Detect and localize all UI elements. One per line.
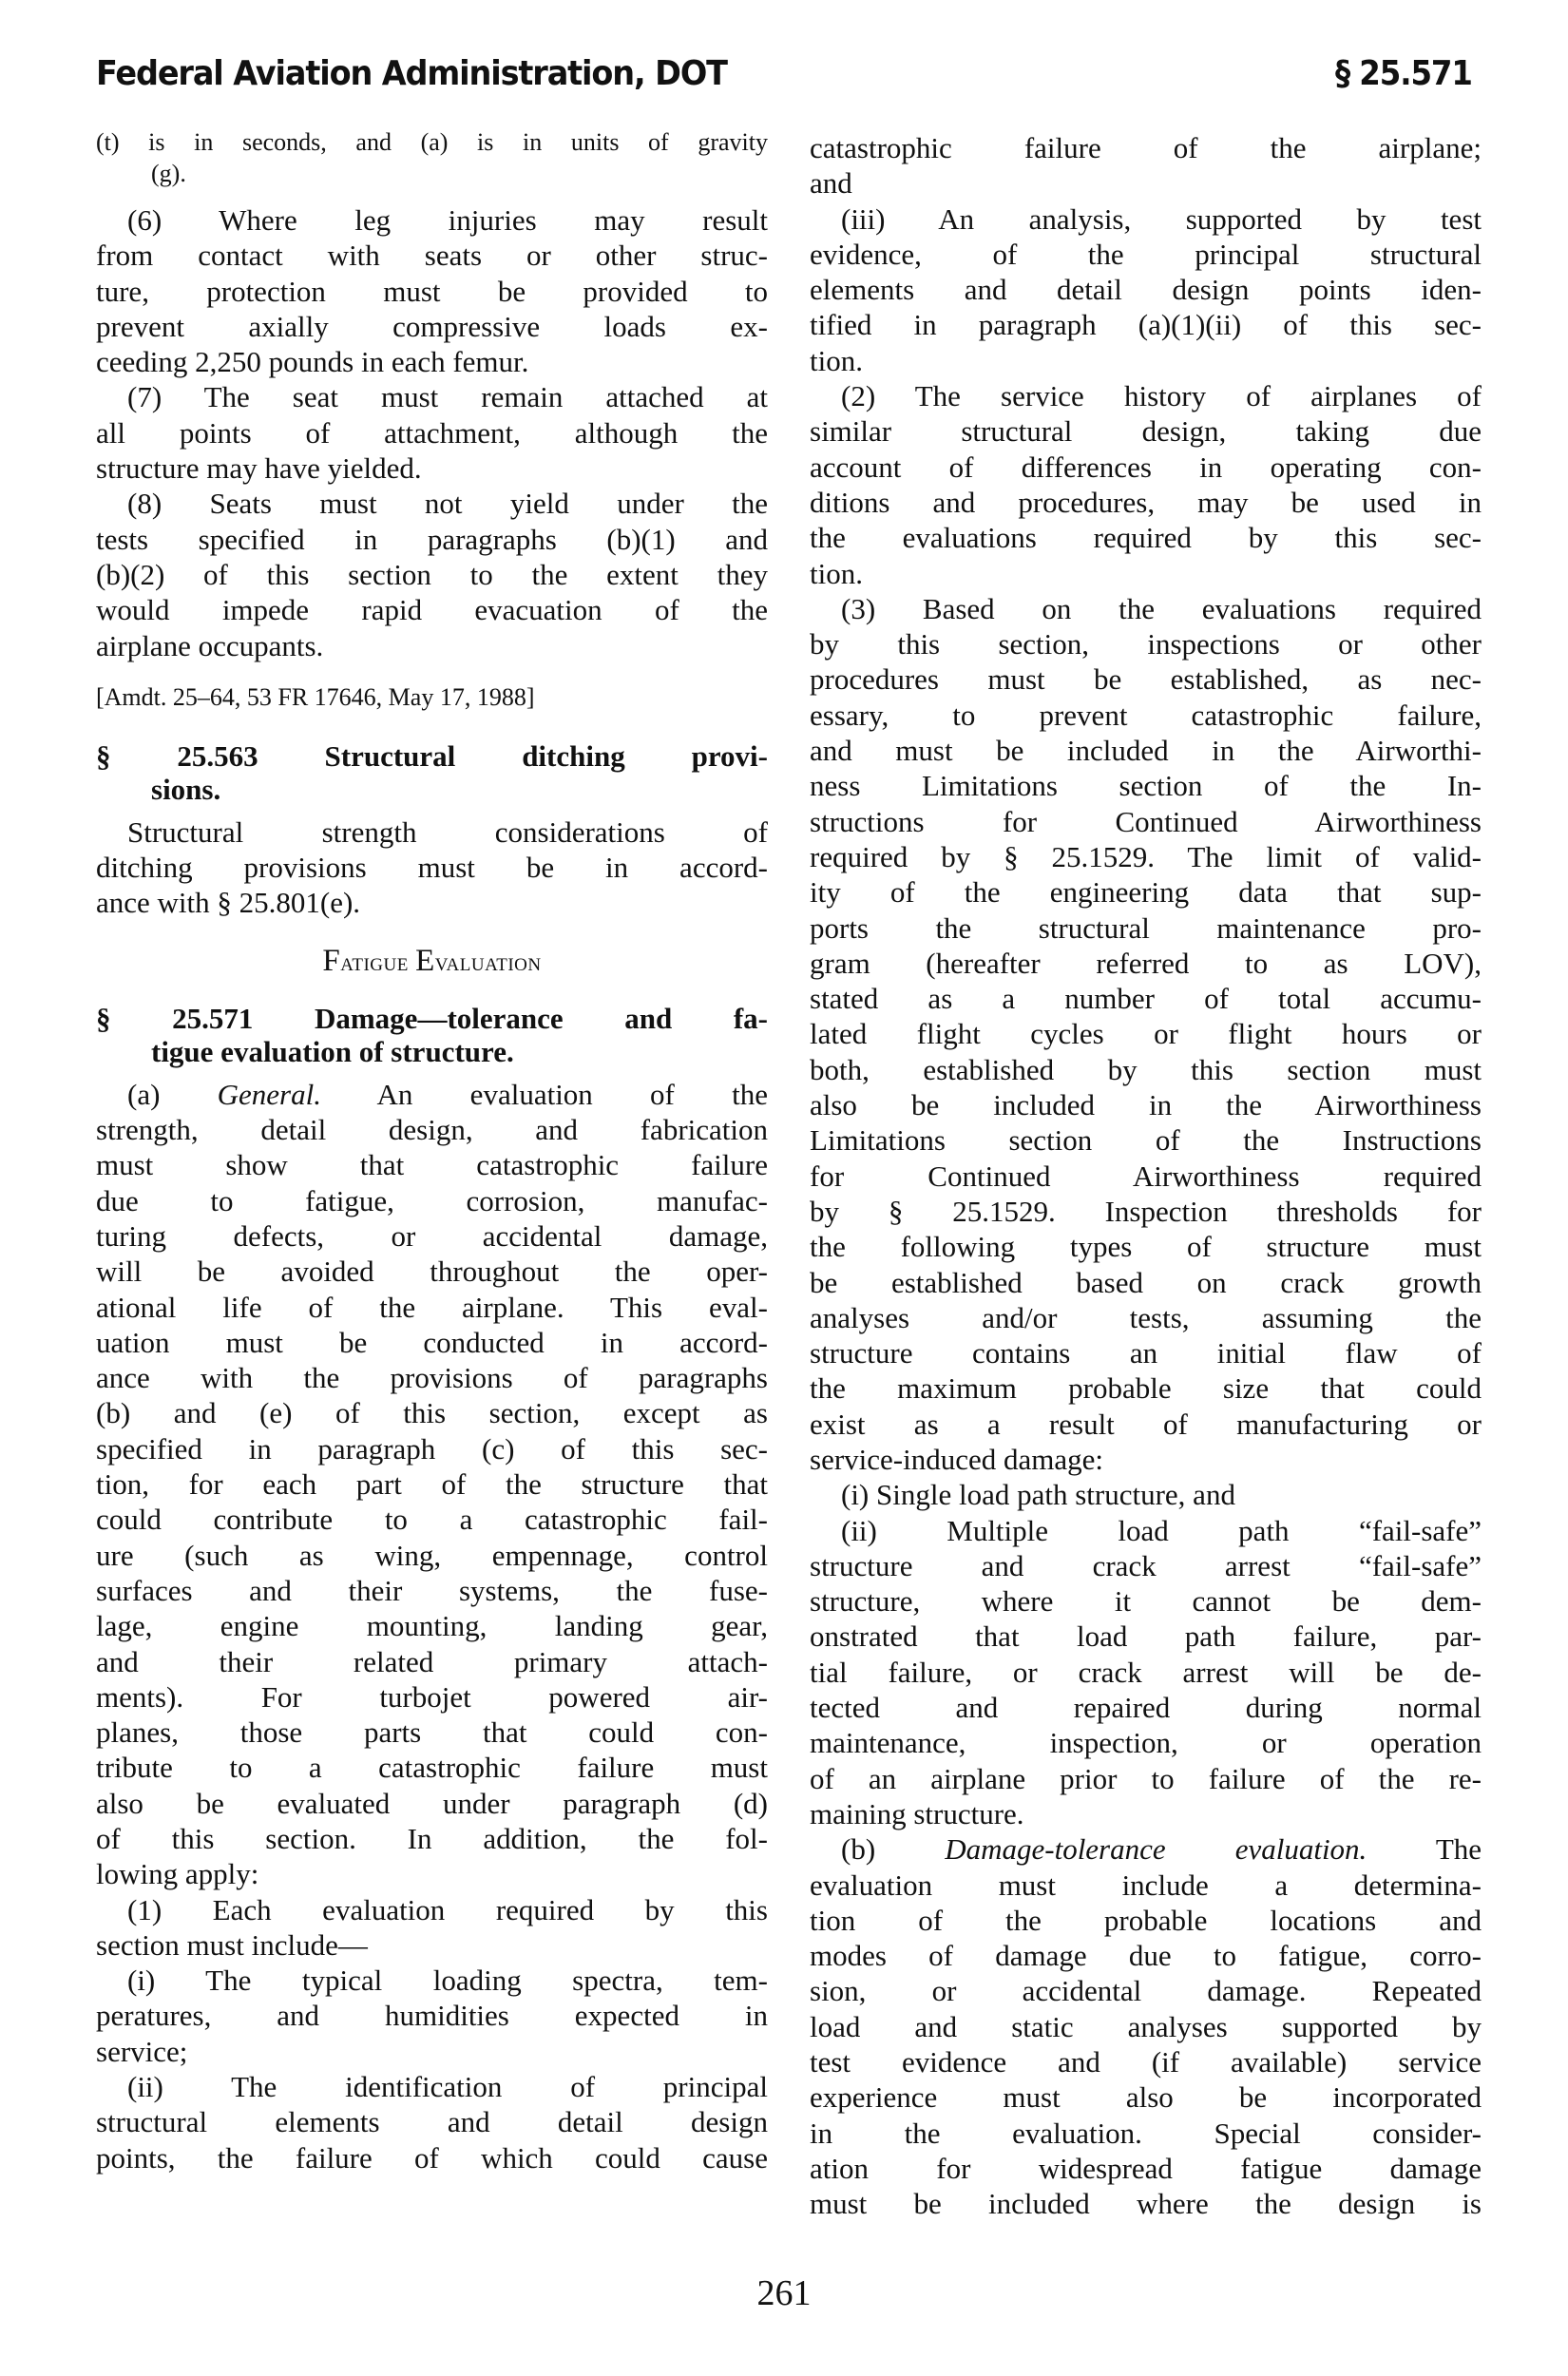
text-line: uation must be conducted in accord-: [96, 1325, 768, 1360]
heading-initial: E: [415, 944, 435, 978]
text-line: will be avoided throughout the oper-: [96, 1254, 768, 1289]
text-line: (b)(2) of this section to the extent the…: [96, 557, 768, 592]
text-line: (g).: [96, 158, 768, 189]
text-line: ceeding 2,250 pounds in each femur.: [96, 344, 768, 379]
text-line: from contact with seats or other struc-: [96, 238, 768, 273]
text-line: must show that catastrophic failure: [96, 1147, 768, 1182]
text-line: the maximum probable size that could: [810, 1370, 1482, 1406]
text-line: of this section. In addition, the fol-: [96, 1821, 768, 1856]
text-line: Structural strength considerations of: [96, 814, 768, 850]
text-line: service;: [96, 2034, 768, 2069]
section-number: § 25.571: [1335, 53, 1472, 95]
text-line: analyses and/or tests, assuming the: [810, 1300, 1482, 1335]
text-line: due to fatigue, corrosion, manufac-: [96, 1183, 768, 1218]
text-line: airplane occupants.: [96, 628, 768, 663]
text-line: maintenance, inspection, or operation: [810, 1725, 1482, 1760]
text-line: for Continued Airworthiness required: [810, 1159, 1482, 1194]
text-line: turing defects, or accidental damage,: [96, 1218, 768, 1254]
text-line: peratures, and humidities expected in: [96, 1998, 768, 2033]
text-line: ture, protection must be provided to: [96, 274, 768, 309]
text-line: (ii) Multiple load path “fail-safe”: [810, 1513, 1482, 1548]
text-line: the following types of structure must: [810, 1229, 1482, 1264]
text-line: (6) Where leg injuries may result: [96, 202, 768, 238]
text-line: structure contains an initial flaw of: [810, 1335, 1482, 1370]
text-line: of an airplane prior to failure of the r…: [810, 1761, 1482, 1796]
text-line: sions.: [96, 772, 768, 805]
text-line: § 25.571 Damage—tolerance and fa-: [96, 1001, 768, 1034]
text-line: exist as a result of manufacturing or: [810, 1407, 1482, 1442]
text-line: lage, engine mounting, landing gear,: [96, 1608, 768, 1643]
text-line: (a) General. An evaluation of the: [96, 1077, 768, 1112]
text-line: by § 25.1529. Inspection thresholds for: [810, 1194, 1482, 1229]
text-line: surfaces and their systems, the fuse-: [96, 1573, 768, 1608]
text-line: (8) Seats must not yield under the: [96, 486, 768, 521]
text-line: ure (such as wing, empennage, control: [96, 1538, 768, 1573]
text-line: Limitations section of the Instructions: [810, 1122, 1482, 1158]
text-line: essary, to prevent catastrophic failure,: [810, 698, 1482, 733]
text-line: evaluation must include a determina-: [810, 1868, 1482, 1903]
text-line: ports the structural maintenance pro-: [810, 910, 1482, 946]
text-line: load and static analyses supported by: [810, 2009, 1482, 2044]
text-line: tests specified in paragraphs (b)(1) and: [96, 522, 768, 557]
text-line: similar structural design, taking due: [810, 413, 1482, 449]
text-line: ness Limitations section of the In-: [810, 768, 1482, 803]
paragraph-title: General.: [218, 1078, 321, 1111]
text-line: ditions and procedures, may be used in: [810, 485, 1482, 520]
text-line: ity of the engineering data that sup-: [810, 874, 1482, 910]
text-line: ance with § 25.801(e).: [96, 885, 768, 920]
text-line: points, the failure of which could cause: [96, 2140, 768, 2175]
paragraph-6: (6) Where leg injuries may resultfrom co…: [96, 202, 768, 379]
text-line: lated flight cycles or flight hours or: [810, 1016, 1482, 1051]
paragraph-a3-i: (i) Single load path structure, and: [810, 1477, 1482, 1512]
text-line: also be evaluated under paragraph (d): [96, 1786, 768, 1821]
text-line: stated as a number of total accumu-: [810, 981, 1482, 1016]
paragraph-b-damage-tolerance: (b) Damage-tolerance evaluation. The eva…: [810, 1831, 1482, 2221]
text-line: elements and detail design points iden-: [810, 272, 1482, 307]
heading-initial: F: [322, 944, 340, 978]
text-fragment: The: [1436, 1832, 1482, 1866]
right-column: catastrophic failure of the airplane;and…: [810, 130, 1482, 2222]
amendment-citation: [Amdt. 25–64, 53 FR 17646, May 17, 1988]: [96, 680, 768, 718]
text-line: maining structure.: [810, 1796, 1482, 1831]
text-line: could contribute to a catastrophic fail-: [96, 1502, 768, 1537]
text-line: tial failure, or crack arrest will be de…: [810, 1655, 1482, 1690]
text-line: test evidence and (if available) service: [810, 2044, 1482, 2079]
text-line: required by § 25.1529. The limit of vali…: [810, 839, 1482, 874]
text-line: gram (hereafter referred to as LOV),: [810, 946, 1482, 981]
text-line: structure and crack arrest “fail-safe”: [810, 1548, 1482, 1583]
text-line: service-induced damage:: [810, 1442, 1482, 1477]
section-heading-25-571: § 25.571 Damage—tolerance and fa-tigue e…: [96, 1001, 768, 1067]
text-line: (i) The typical loading spectra, tem-: [96, 1963, 768, 1998]
text-line: must be included where the design is: [810, 2186, 1482, 2221]
text-line: modes of damage due to fatigue, corro-: [810, 1938, 1482, 1973]
text-line: tected and repaired during normal: [810, 1690, 1482, 1725]
paragraph-a-lines: strength, detail design, and fabrication…: [96, 1112, 768, 1892]
spacer: [96, 189, 768, 202]
paragraph-label: (a): [127, 1078, 160, 1111]
text-line: be established based on crack growth: [810, 1265, 1482, 1300]
text-line: strength, detail design, and fabrication: [96, 1112, 768, 1147]
text-line: tribute to a catastrophic failure must: [96, 1750, 768, 1785]
text-line: (i) Single load path structure, and: [810, 1477, 1482, 1512]
text-line: ditching provisions must be in accord-: [96, 850, 768, 885]
text-line: all points of attachment, although the: [96, 415, 768, 450]
intro-note: (t) is in seconds, and (a) is in units o…: [96, 126, 768, 189]
text-line: (ii) The identification of principal: [96, 2069, 768, 2104]
section-heading-25-563: § 25.563 Structural ditching provi-sions…: [96, 738, 768, 805]
text-line: section must include—: [96, 1927, 768, 1963]
paragraph-8: (8) Seats must not yield under thetests …: [96, 486, 768, 662]
text-line: evidence, of the principal structural: [810, 237, 1482, 272]
text-line: procedures must be established, as nec-: [810, 661, 1482, 697]
text-line: also be included in the Airworthiness: [810, 1087, 1482, 1122]
paragraph-label: (b): [841, 1832, 875, 1866]
paragraph-title: Damage-tolerance evaluation.: [945, 1832, 1367, 1866]
page-number: 261: [0, 2274, 1568, 2312]
subpart-heading-fatigue-evaluation: Fatigue Evaluation: [96, 942, 768, 980]
text-line: structions for Continued Airworthiness: [810, 804, 1482, 839]
text-line: ments). For turbojet powered air-: [96, 1679, 768, 1715]
continuation-text: catastrophic failure of the airplane;and: [810, 130, 1482, 201]
text-line: (2) The service history of airplanes of: [810, 378, 1482, 413]
text-line: ation for widespread fatigue damage: [810, 2151, 1482, 2186]
text-line: tion.: [810, 556, 1482, 591]
text-line: (iii) An analysis, supported by test: [810, 201, 1482, 237]
text-line: structure may have yielded.: [96, 450, 768, 486]
paragraph-a2: (2) The service history of airplanes ofs…: [810, 378, 1482, 591]
paragraph-7: (7) The seat must remain attached atall …: [96, 379, 768, 486]
section-25-563-body: Structural strength considerations ofdit…: [96, 814, 768, 921]
text-line: onstrated that load path failure, par-: [810, 1619, 1482, 1654]
text-line: tion, for each part of the structure tha…: [96, 1466, 768, 1502]
heading-word: valuation: [435, 948, 542, 976]
text-line: and their related primary attach-: [96, 1644, 768, 1679]
text-line: catastrophic failure of the airplane;: [810, 130, 1482, 165]
text-line: would impede rapid evacuation of the: [96, 592, 768, 627]
running-head: Federal Aviation Administration, DOT § 2…: [96, 53, 1472, 95]
heading-word: atigue: [340, 948, 409, 976]
text-line: account of differences in operating con-: [810, 450, 1482, 485]
text-line: structural elements and detail design: [96, 2104, 768, 2139]
paragraph-a1-iii: (iii) An analysis, supported by testevid…: [810, 201, 1482, 378]
paragraph-b-lines: evaluation must include a determina-tion…: [810, 1868, 1482, 2222]
text-line: (1) Each evaluation required by this: [96, 1892, 768, 1927]
paragraph-a3: (3) Based on the evaluations requiredby …: [810, 591, 1482, 1477]
text-line: tion.: [810, 343, 1482, 378]
text-line: and: [810, 165, 1482, 201]
text-line: both, established by this section must: [810, 1052, 1482, 1087]
text-line: § 25.563 Structural ditching provi-: [96, 738, 768, 772]
text-line: ational life of the airplane. This eval-: [96, 1290, 768, 1325]
text-line: in the evaluation. Special consider-: [810, 2116, 1482, 2151]
text-line: (7) The seat must remain attached at: [96, 379, 768, 414]
text-line: (3) Based on the evaluations required: [810, 591, 1482, 626]
text-line: and must be included in the Airworthi-: [810, 733, 1482, 768]
text-line: tified in paragraph (a)(1)(ii) of this s…: [810, 307, 1482, 342]
spacer: [96, 1067, 768, 1077]
text-line: (b) Damage-tolerance evaluation. The: [810, 1831, 1482, 1867]
text-line: by this section, inspections or other: [810, 626, 1482, 661]
text-line: tigue evaluation of structure.: [96, 1034, 768, 1067]
paragraph-a1-ii: (ii) The identification of principalstru…: [96, 2069, 768, 2175]
text-line: specified in paragraph (c) of this sec-: [96, 1431, 768, 1466]
paragraph-a3-ii: (ii) Multiple load path “fail-safe”struc…: [810, 1513, 1482, 1832]
text-line: prevent axially compressive loads ex-: [96, 309, 768, 344]
text-line: structure, where it cannot be dem-: [810, 1583, 1482, 1619]
paragraph-a1-i: (i) The typical loading spectra, tem-per…: [96, 1963, 768, 2069]
text-line: ance with the provisions of paragraphs: [96, 1360, 768, 1395]
paragraph-a1: (1) Each evaluation required by thissect…: [96, 1892, 768, 1964]
text-line: the evaluations required by this sec-: [810, 520, 1482, 555]
text-line: planes, those parts that could con-: [96, 1715, 768, 1750]
text-line: experience must also be incorporated: [810, 2079, 1482, 2115]
text-line: sion, or accidental damage. Repeated: [810, 1973, 1482, 2008]
text-line: tion of the probable locations and: [810, 1903, 1482, 1938]
left-column: (t) is in seconds, and (a) is in units o…: [96, 126, 768, 2175]
paragraph-a-general: (a) General. An evaluation of the streng…: [96, 1077, 768, 1892]
text-fragment: An evaluation of the: [377, 1078, 768, 1111]
text-line: (b) and (e) of this section, except as: [96, 1395, 768, 1430]
agency-title: Federal Aviation Administration, DOT: [96, 53, 727, 95]
spacer: [96, 805, 768, 814]
text-line: lowing apply:: [96, 1856, 768, 1891]
citation-text: [Amdt. 25–64, 53 FR 17646, May 17, 1988]: [96, 680, 768, 718]
text-line: (t) is in seconds, and (a) is in units o…: [96, 126, 768, 158]
